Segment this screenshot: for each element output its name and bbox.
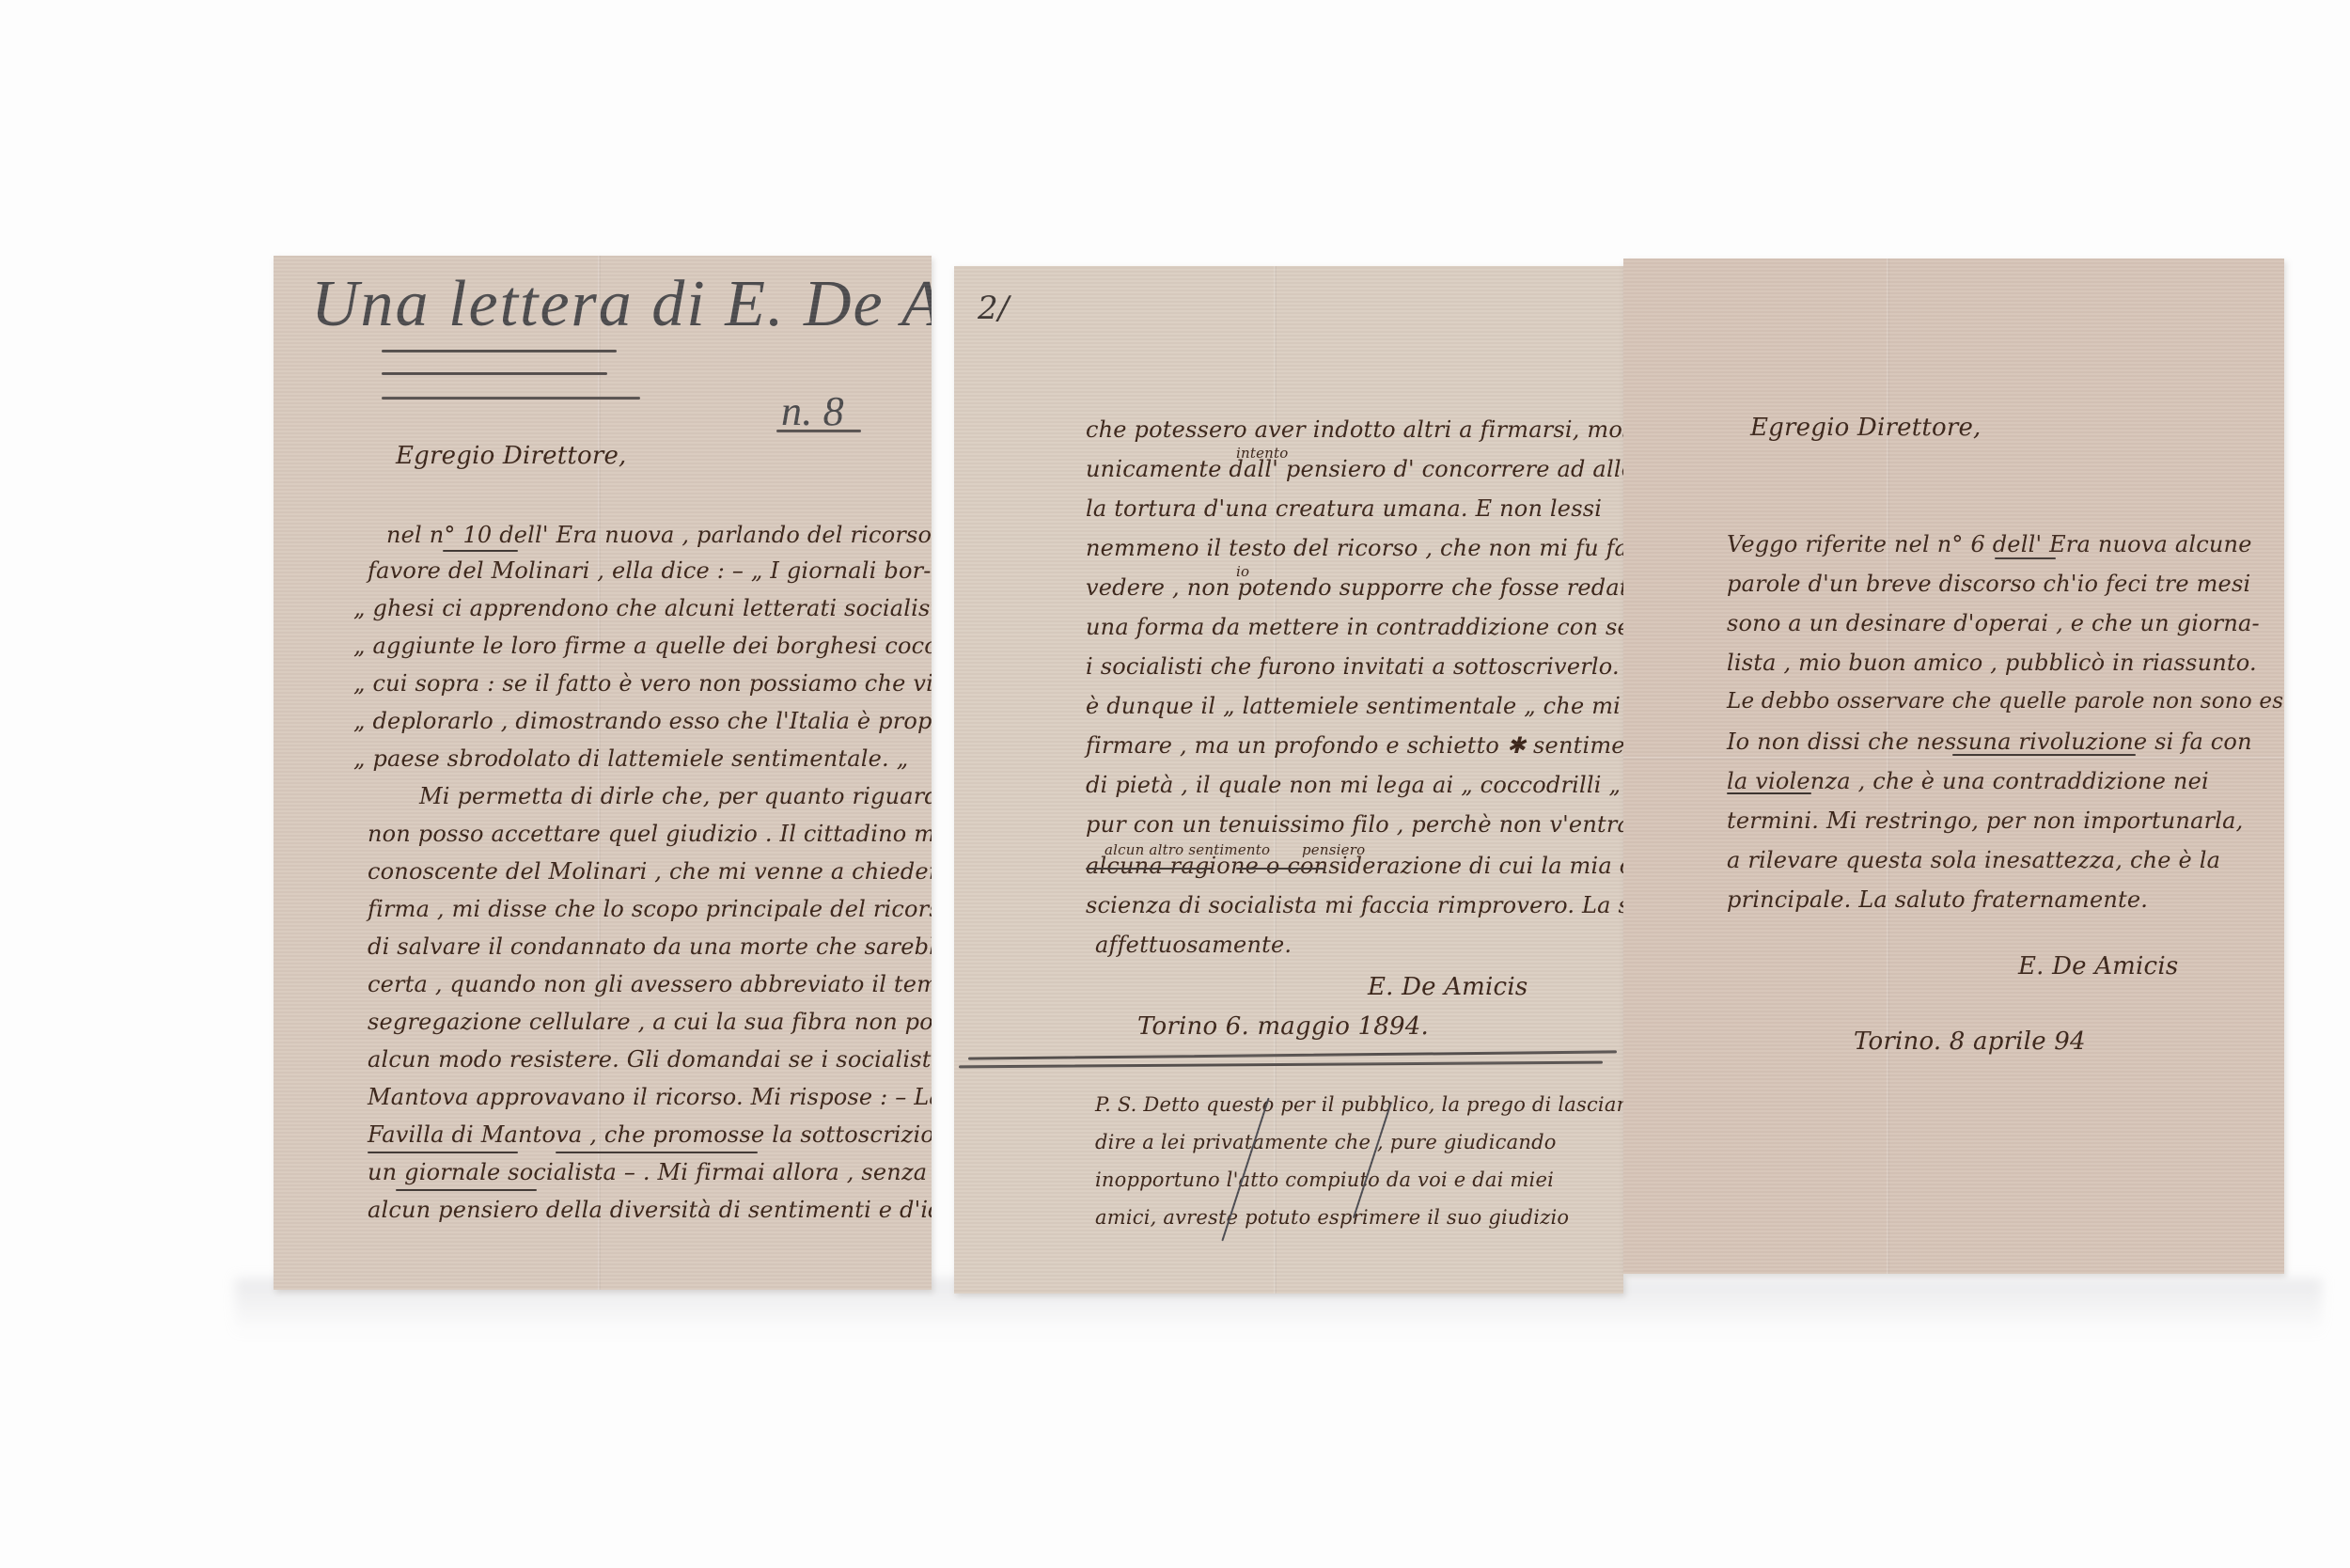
underline	[1952, 754, 2136, 756]
title-rule	[382, 397, 640, 400]
letter-line: vedere , non potendo supporre che fosse …	[1086, 574, 1623, 601]
letter-line: certa , quando non gli avessero abbrevia…	[368, 971, 932, 997]
letter-line: la violenza , che è una contraddizione n…	[1727, 768, 2209, 794]
underline	[1727, 792, 1811, 794]
letter-line: Mi permetta di dirle che, per quanto rig…	[419, 783, 932, 809]
letter-line: a rilevare questa sola inesattezza, che …	[1727, 847, 2220, 873]
underline	[396, 1189, 537, 1191]
page-number: 2/	[978, 290, 1010, 327]
letter-line: nemmeno il testo del ricorso , che non m…	[1086, 535, 1623, 561]
letter-line: principale. La saluto fraternamente.	[1727, 886, 2148, 913]
letter-line: lista , mio buon amico , pubblicò in ria…	[1727, 650, 2257, 676]
postscript-line: P. S. Detto questo per il pubblico, la p…	[1095, 1093, 1623, 1116]
salutation: Egregio Direttore,	[1750, 414, 1982, 442]
underline	[368, 1152, 518, 1153]
letter-line: i socialisti che furono invitati a sotto…	[1086, 653, 1623, 680]
letter-line: firmare , ma un profondo e schietto ✱ se…	[1086, 732, 1623, 759]
letter-line: „ ghesi ci apprendono che alcuni lettera…	[353, 595, 932, 621]
letter-line: sono a un desinare d'operai , e che un g…	[1727, 610, 2260, 636]
letter-line: alcun pensiero della diversità di sentim…	[368, 1197, 932, 1223]
salutation: Egregio Direttore,	[396, 442, 627, 470]
letter-line: che potessero aver indotto altri a firma…	[1086, 416, 1623, 443]
fold-crease	[1887, 259, 1889, 1274]
letter-line: conoscente del Molinari , che mi venne a…	[368, 858, 932, 885]
letter-line: favore del Molinari , ella dice : – „ I …	[368, 557, 932, 584]
letter-line: „ aggiunte le loro firme a quelle dei bo…	[353, 633, 932, 659]
letter-line: alcuna ragione o considerazione di cui l…	[1086, 853, 1623, 879]
title-rule	[382, 350, 617, 353]
postscript-line: amici, avreste potuto esprimere il suo g…	[1095, 1206, 1569, 1229]
letter-line: un giornale socialista – . Mi firmai all…	[368, 1159, 932, 1185]
letter-line: è dunque il „ lattemiele sentimentale „ …	[1086, 693, 1623, 719]
letter-line: termini. Mi restringo, per non importuna…	[1727, 808, 2243, 834]
letter-line: Le debbo osservare che quelle parole non…	[1727, 689, 2284, 713]
strikethrough	[1236, 868, 1325, 870]
letter-line: Mantova approvavano il ricorso. Mi rispo…	[368, 1084, 932, 1110]
letter-line: una forma da mettere in contraddizione c…	[1086, 614, 1623, 640]
letter-line: Io non dissi che nessuna rivoluzione si …	[1727, 729, 2252, 755]
date-line: Torino. 8 aprile 94	[1854, 1027, 2086, 1056]
number-underline	[776, 430, 861, 432]
underline	[443, 550, 518, 552]
pencil-crossout-stroke	[1353, 1102, 1392, 1218]
letter-line: Veggo riferite nel n° 6 dell' Era nuova …	[1727, 531, 2252, 557]
letter-line: parole d'un breve discorso ch'io feci tr…	[1727, 571, 2250, 597]
title-rule	[382, 372, 607, 375]
letter-line: firma , mi disse che lo scopo principale…	[368, 896, 932, 922]
letter-line: non posso accettare quel giudizio . Il c…	[368, 821, 932, 847]
letter-page-3: Egregio Direttore, Veggo riferite nel n°…	[1623, 259, 2284, 1274]
underline	[556, 1152, 758, 1153]
letter-line: segregazione cellulare , a cui la sua fi…	[368, 1009, 932, 1035]
letter-line: di pietà , il quale non mi lega ai „ coc…	[1086, 772, 1623, 798]
postscript-line: dire a lei privatamente che , pure giudi…	[1095, 1131, 1557, 1153]
letter-line: pur con un tenuissimo filo , perchè non …	[1086, 811, 1623, 838]
letter-line: alcun modo resistere. Gli domandai se i …	[368, 1046, 932, 1073]
letter-line: „ cui sopra : se il fatto è vero non pos…	[353, 670, 932, 697]
date-line: Torino 6. maggio 1894.	[1137, 1012, 1429, 1041]
divider-rule	[968, 1050, 1617, 1059]
number-mark: n. 8	[781, 387, 844, 435]
letter-line: scienza di socialista mi faccia rimprove…	[1086, 892, 1623, 918]
letter-line: „ deplorarlo , dimostrando esso che l'It…	[353, 708, 932, 734]
letter-line: unicamente dall' pensiero d' concorrere …	[1086, 456, 1623, 482]
letter-line: di salvare il condannato da una morte ch…	[368, 933, 932, 960]
postscript-line: inopportuno l'atto compiuto da voi e dai…	[1095, 1168, 1554, 1191]
divider-rule	[959, 1061, 1603, 1069]
letter-line: nel n° 10 dell' Era nuova , parlando del…	[386, 522, 932, 548]
signature: E. De Amicis	[1368, 973, 1527, 1001]
letter-line: Favilla di Mantova , che promosse la sot…	[368, 1121, 932, 1148]
letter-page-1: Una lettera di E. De Amicis n. 8 Egregio…	[274, 256, 932, 1290]
signature: E. De Amicis	[2018, 952, 2178, 980]
fold-crease	[1623, 757, 2284, 760]
pencil-title: Una lettera di E. De Amicis	[311, 267, 932, 342]
letter-page-2: 2/ che potessero aver indotto altri a fi…	[954, 266, 1623, 1294]
letter-line: „ paese sbrodolato di lattemiele sentime…	[353, 745, 908, 772]
underline	[1995, 557, 2056, 559]
strikethrough	[1086, 868, 1213, 870]
letter-line: la tortura d'una creatura umana. E non l…	[1086, 495, 1602, 522]
letter-line: affettuosamente.	[1095, 932, 1292, 958]
